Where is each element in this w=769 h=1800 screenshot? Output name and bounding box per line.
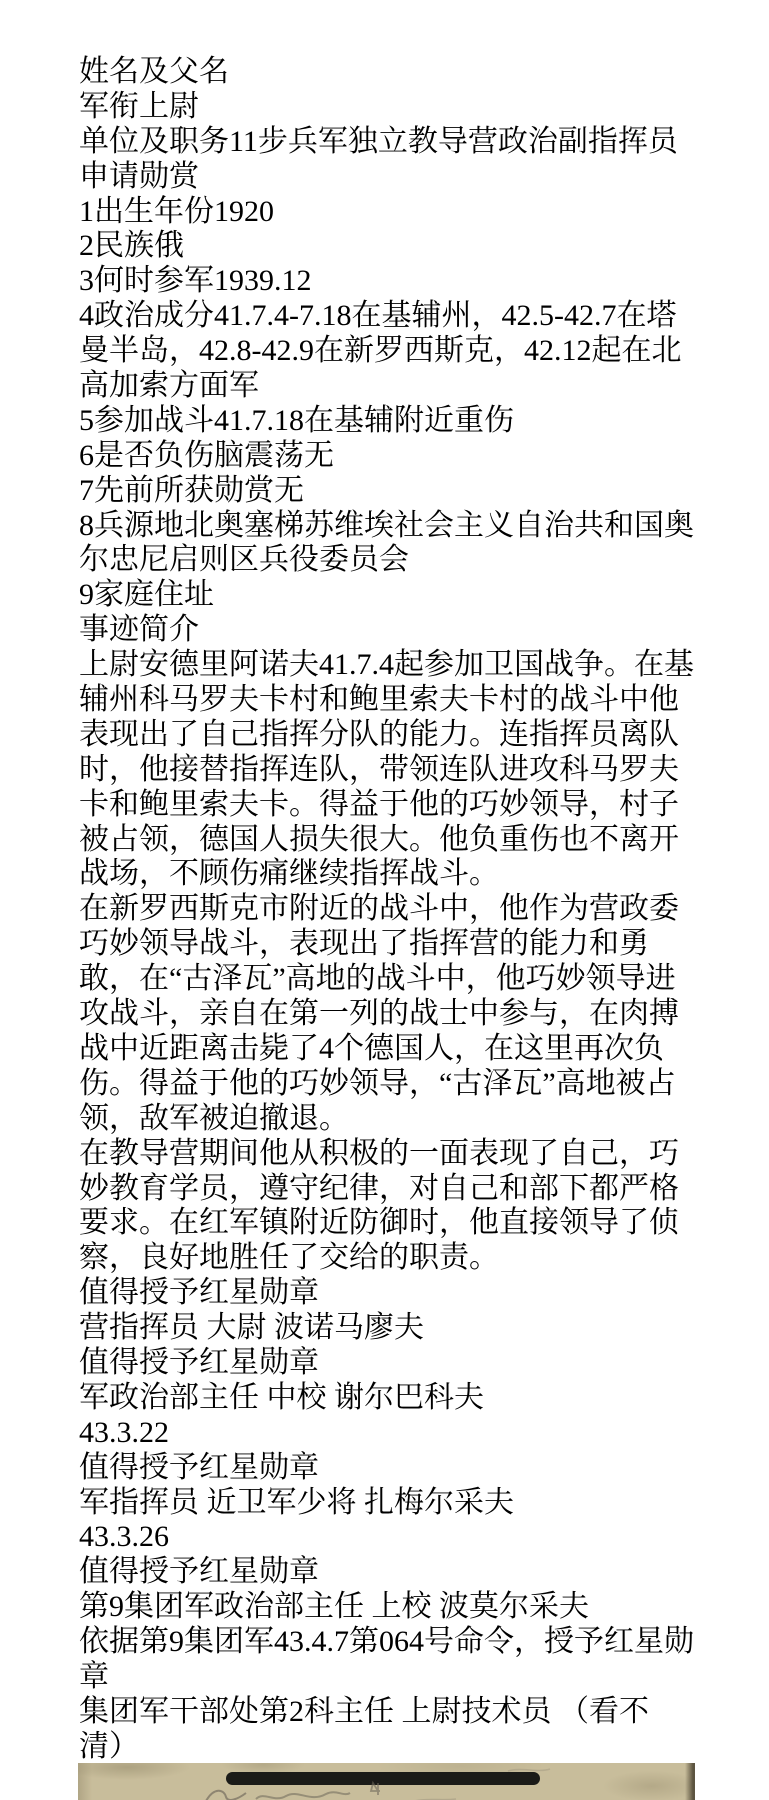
text-line: 9家庭住址	[79, 578, 719, 613]
text-line: 高加索方面军	[79, 369, 719, 404]
text-line: 1出生年份1920	[79, 195, 719, 230]
text-line: 值得授予红星勋章	[79, 1346, 719, 1381]
text-line: 事迹简介	[79, 613, 719, 648]
text-line: 军指挥员 近卫军少将 扎梅尔采夫	[79, 1486, 719, 1521]
text-line: 在新罗西斯克市附近的战斗中，他作为营政委	[79, 892, 719, 927]
text-line: 值得授予红星勋章	[79, 1451, 719, 1486]
text-line: 4政治成分41.7.4-7.18在基辅州，42.5-42.7在塔	[79, 299, 719, 334]
text-line: 7先前所获勋赏无	[79, 474, 719, 509]
text-line: 姓名及父名	[79, 55, 719, 90]
text-line: 营指挥员 大尉 波诺马廖夫	[79, 1311, 719, 1346]
text-line: 集团军干部处第2科主任 上尉技术员 （看不	[79, 1695, 719, 1730]
text-line: 43.3.26	[79, 1520, 719, 1555]
text-line: 表现出了自己指挥分队的能力。连指挥员离队	[79, 718, 719, 753]
text-line: 6是否负伤脑震荡无	[79, 439, 719, 474]
section-endorsements: 值得授予红星勋章营指挥员 大尉 波诺马廖夫值得授予红星勋章军政治部主任 中校 谢…	[79, 1276, 719, 1764]
text-line: 清）	[79, 1730, 719, 1765]
text-line: 敢，在“古泽瓦”高地的战斗中，他巧妙领导进	[79, 962, 719, 997]
section-citation: 事迹简介上尉安德里阿诺夫41.7.4起参加卫国战争。在基辅州科马罗夫卡村和鲍里索…	[79, 613, 719, 1276]
text-line: 依据第9集团军43.4.7第064号命令，授予红星勋	[79, 1625, 719, 1660]
text-line: 2民族俄	[79, 229, 719, 264]
text-line: 单位及职务11步兵军独立教导营政治副指挥员	[79, 125, 719, 160]
text-line: 3何时参军1939.12	[79, 264, 719, 299]
text-line: 巧妙领导战斗，表现出了指挥营的能力和勇	[79, 927, 719, 962]
text-line: 伤。得益于他的巧妙领导，“古泽瓦”高地被占	[79, 1067, 719, 1102]
text-line: 军衔上尉	[79, 90, 719, 125]
text-line: 要求。在红军镇附近防御时，他直接领导了侦	[79, 1206, 719, 1241]
text-line: 申请勋赏	[79, 160, 719, 195]
text-line: 值得授予红星勋章	[79, 1276, 719, 1311]
text-line: 8兵源地北奥塞梯苏维埃社会主义自治共和国奥	[79, 509, 719, 544]
text-line: 章	[79, 1660, 719, 1695]
text-line: 5参加战斗41.7.18在基辅附近重伤	[79, 404, 719, 439]
text-line: 卡和鲍里索夫卡。得益于他的巧妙领导，村子	[79, 788, 719, 823]
text-line: 值得授予红星勋章	[79, 1555, 719, 1590]
text-line: 在教导营期间他从积极的一面表现了自己，巧	[79, 1137, 719, 1172]
text-line: 察，良好地胜任了交给的职责。	[79, 1241, 719, 1276]
text-line: 领，敌军被迫撤退。	[79, 1102, 719, 1137]
text-line: 攻战斗，亲自在第一列的战士中参与，在肉搏	[79, 997, 719, 1032]
text-line: 军政治部主任 中校 谢尔巴科夫	[79, 1381, 719, 1416]
text-line: 战场，不顾伤痛继续指挥战斗。	[79, 857, 719, 892]
text-line: 43.3.22	[79, 1416, 719, 1451]
text-line: 被占领，德国人损失很大。他负重伤也不离开	[79, 823, 719, 858]
handwriting-illegible	[78, 1763, 695, 1800]
text-line: 战中近距离击毙了4个德国人，在这里再次负	[79, 1032, 719, 1067]
text-line: 辅州科马罗夫卡村和鲍里索夫卡村的战斗中他	[79, 683, 719, 718]
text-line: 曼半岛，42.8-42.9在新罗西斯克，42.12起在北	[79, 334, 719, 369]
text-block: 姓名及父名军衔上尉单位及职务11步兵军独立教导营政治副指挥员申请勋赏1出生年份1…	[79, 55, 719, 1765]
text-line: 上尉安德里阿诺夫41.7.4起参加卫国战争。在基	[79, 648, 719, 683]
text-line: 尔忠尼启则区兵役委员会	[79, 543, 719, 578]
text-line: 妙教育学员，遵守纪律，对自己和部下都严格	[79, 1172, 719, 1207]
text-line: 第9集团军政治部主任 上校 波莫尔采夫	[79, 1590, 719, 1625]
document-photo	[78, 1763, 695, 1800]
text-line: 时，他接替指挥连队，带领连队进攻科马罗夫	[79, 753, 719, 788]
page: { "page": { "kind": "translated award ci…	[0, 0, 769, 1800]
section-form-fields: 姓名及父名军衔上尉单位及职务11步兵军独立教导营政治副指挥员申请勋赏1出生年份1…	[79, 55, 719, 613]
